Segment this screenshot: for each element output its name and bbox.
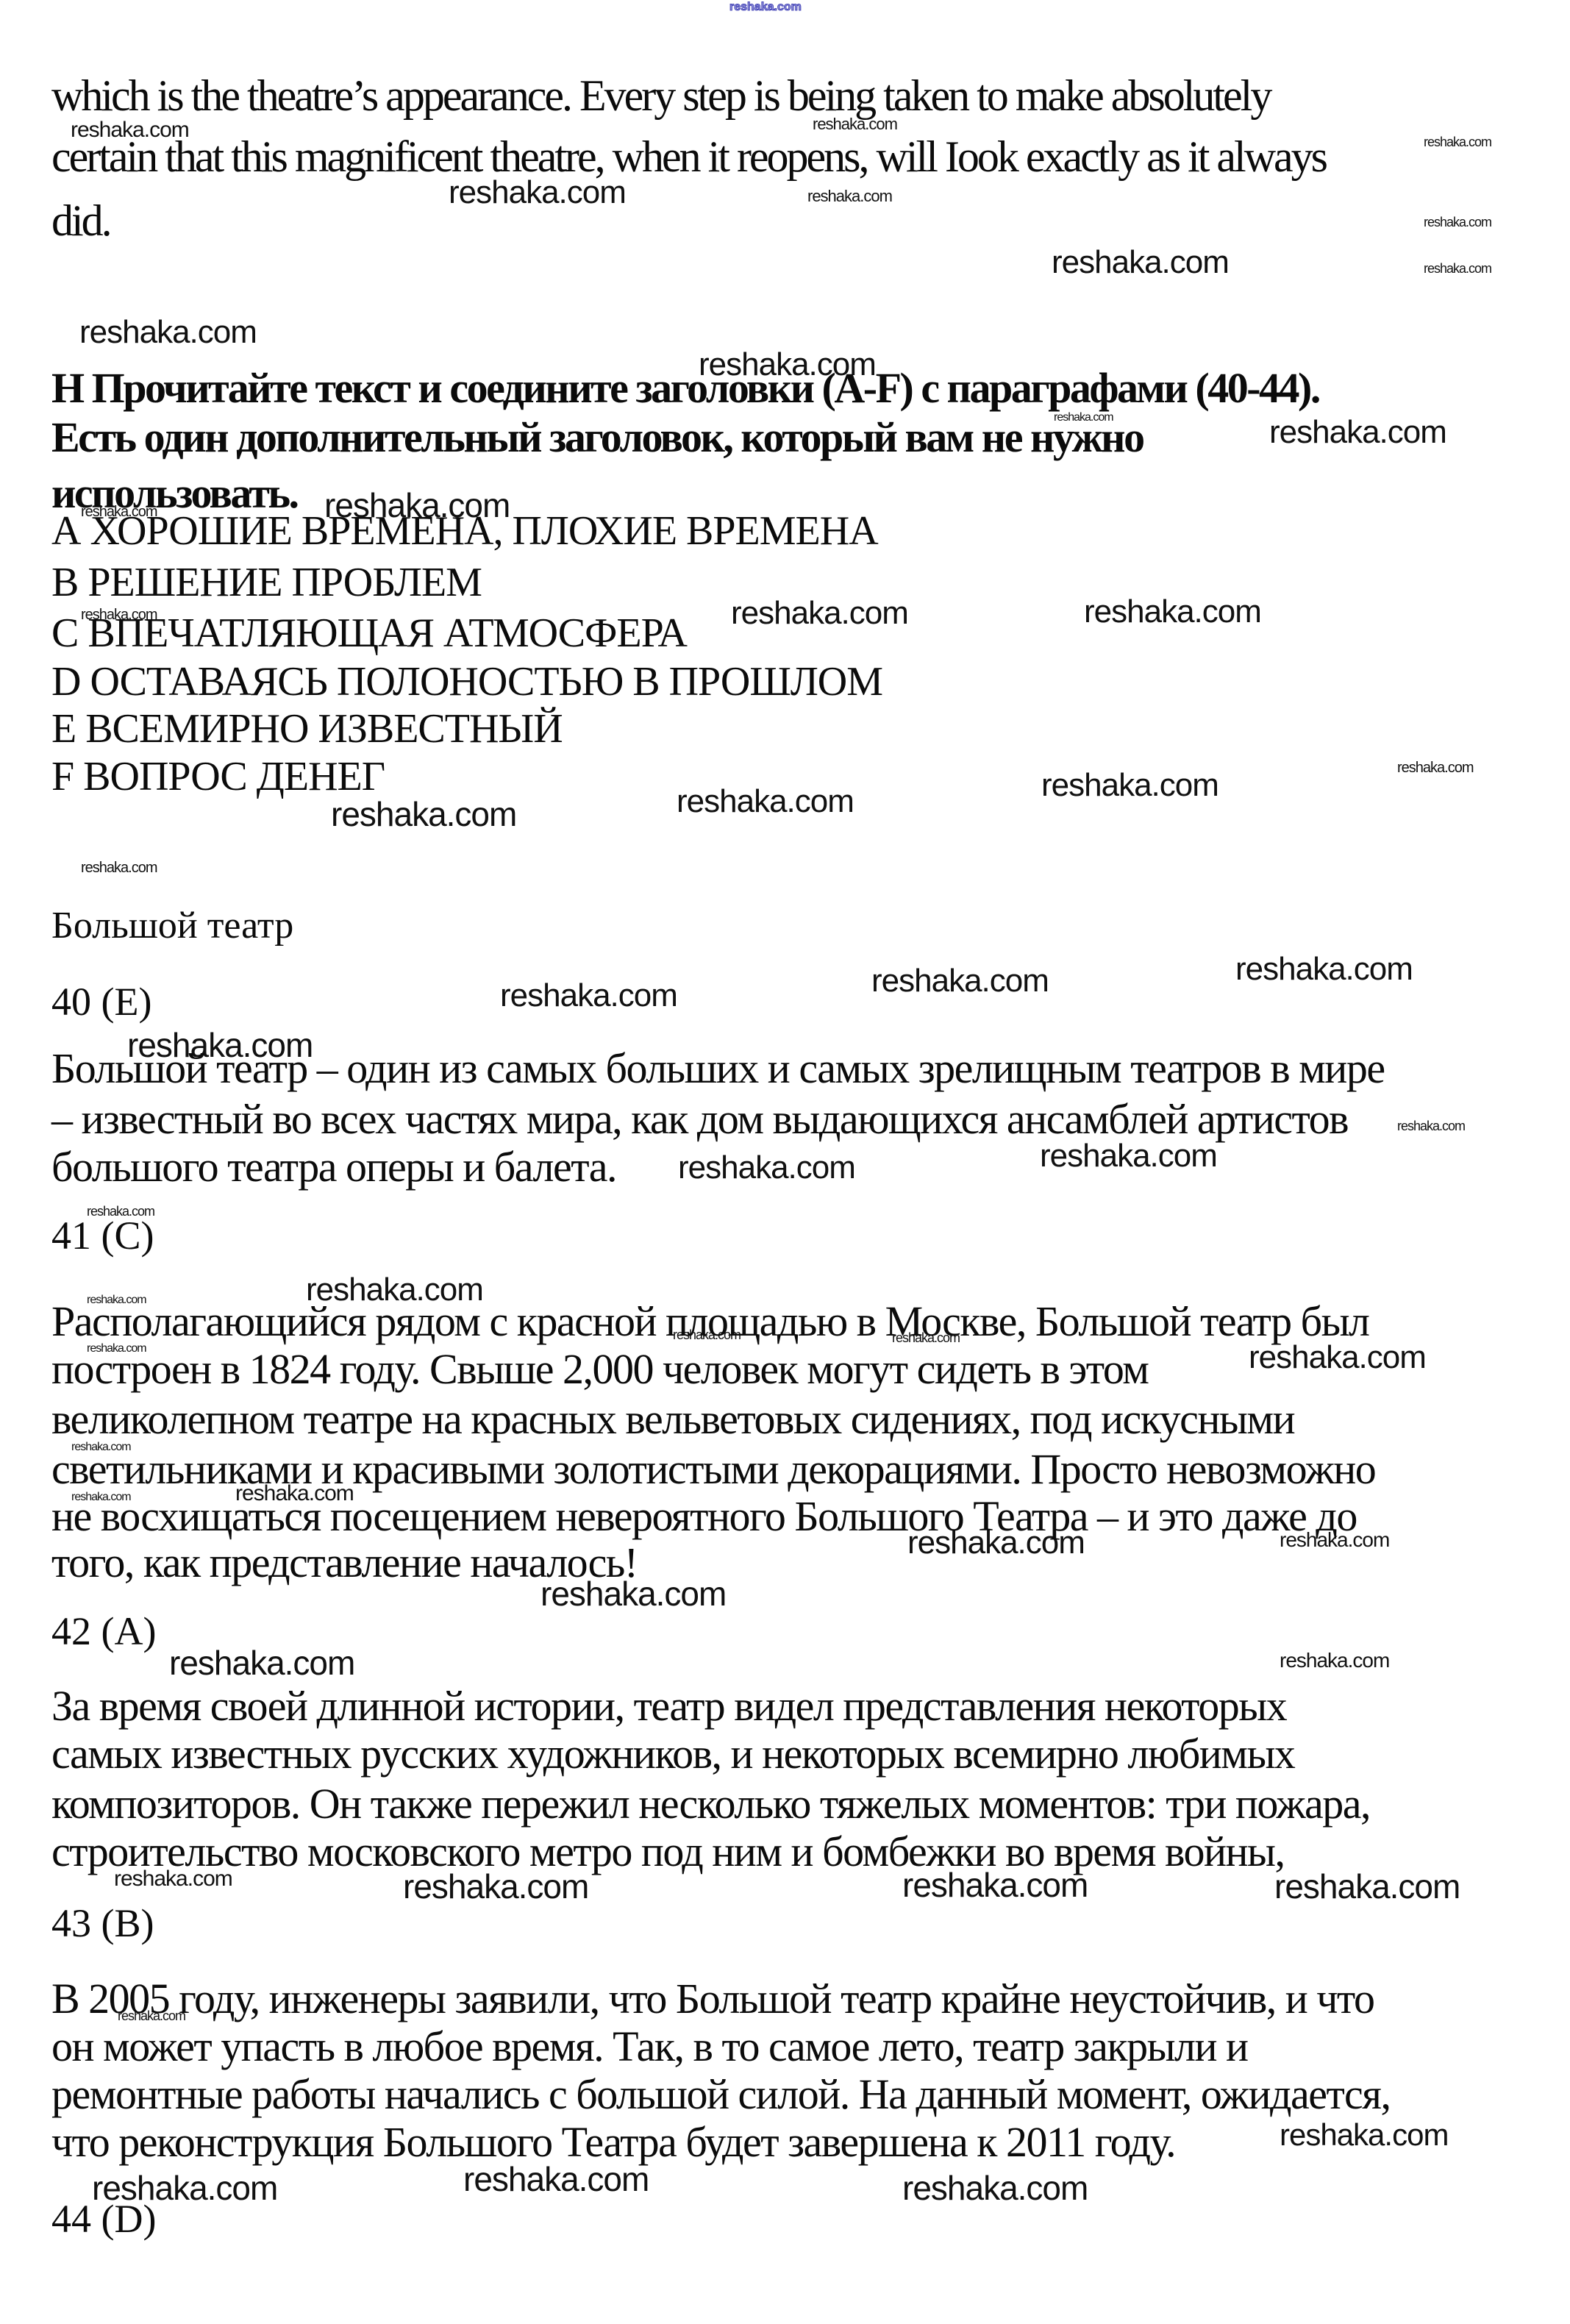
paragraph-line: не восхищаться посещением невероятного Б… bbox=[51, 1494, 1357, 1539]
heading-option-b: В РЕШЕНИЕ ПРОБЛЕМ bbox=[51, 561, 482, 605]
heading-option-c: С ВПЕЧАТЛЯЮЩАЯ АТМОСФЕРА bbox=[51, 612, 687, 655]
document-page: reshaka.comreshaka.comreshaka.comreshaka… bbox=[0, 0, 1570, 2324]
watermark: reshaka.com bbox=[169, 1646, 354, 1680]
section-label-40: 40 (E) bbox=[51, 981, 151, 1023]
paragraph-line: построен в 1824 году. Свыше 2,000 челове… bbox=[51, 1347, 1148, 1392]
watermark: reshaka.com bbox=[1269, 416, 1446, 449]
watermark: reshaka.com bbox=[1280, 1650, 1389, 1671]
heading-option-e: Е ВСЕМИРНО ИЗВЕСТНЫЙ bbox=[51, 707, 563, 751]
paragraph-line: того, как представление началось! bbox=[51, 1541, 638, 1586]
paragraph-line: Большой театр – один из самых больших и … bbox=[51, 1047, 1385, 1091]
watermark: reshaka.com bbox=[678, 1152, 855, 1184]
watermark: reshaka.com bbox=[1424, 262, 1491, 275]
paragraph-line: он может упасть в любое время. Так, в то… bbox=[51, 2025, 1248, 2070]
heading-option-a: А ХОРОШИЕ ВРЕМЕНА, ПЛОХИЕ ВРЕМЕНА bbox=[51, 510, 878, 553]
watermark: reshaka.com bbox=[1235, 953, 1413, 985]
watermark: reshaka.com bbox=[1041, 769, 1218, 802]
english-line: which is the theatre’s appearance. Every… bbox=[51, 73, 1270, 119]
watermark: reshaka.com bbox=[902, 2171, 1088, 2205]
watermark: reshaka.com bbox=[1424, 135, 1491, 149]
section-label-41: 41 (C) bbox=[51, 1215, 154, 1257]
section-label-42: 42 (A) bbox=[51, 1611, 156, 1653]
watermark: reshaka.com bbox=[807, 188, 892, 204]
watermark: reshaka.com bbox=[1397, 760, 1474, 775]
watermark: reshaka.com bbox=[1040, 1140, 1217, 1172]
watermark: reshaka.com bbox=[331, 797, 516, 831]
paragraph-line: композиторов. Он также пережил несколько… bbox=[51, 1782, 1370, 1827]
english-line: certain that this magnificent theatre, w… bbox=[51, 134, 1326, 180]
paragraph-line: светильниками и красивыми золотистыми де… bbox=[51, 1447, 1375, 1492]
paragraph-line: самых известных русских художников, и не… bbox=[51, 1732, 1294, 1777]
paragraph-line: ремонтные работы начались с большой сило… bbox=[51, 2072, 1390, 2117]
watermark-blue: reshaka.com bbox=[729, 1, 802, 13]
heading-option-f: F ВОПРОС ДЕНЕГ bbox=[51, 755, 385, 799]
watermark: reshaka.com bbox=[1052, 246, 1229, 279]
watermark: reshaka.com bbox=[1274, 1869, 1460, 1903]
paragraph-line: Располагающийся рядом с красной площадью… bbox=[51, 1300, 1369, 1344]
section-label-44: 44 (D) bbox=[51, 2198, 156, 2240]
heading-option-d: D ОСТАВАЯСЬ ПОЛОНОСТЬЮ В ПРОШЛОМ bbox=[51, 660, 882, 704]
watermark: reshaka.com bbox=[1280, 2120, 1448, 2150]
watermark: reshaka.com bbox=[871, 965, 1049, 997]
paragraph-line: большого театра оперы и балета. bbox=[51, 1145, 616, 1190]
paragraph-line: – известный во всех частях мира, как дом… bbox=[51, 1097, 1348, 1142]
watermark: reshaka.com bbox=[1084, 596, 1261, 628]
paragraph-line: великолепном театре на красных вельветов… bbox=[51, 1397, 1294, 1442]
task-heading-line: Есть один дополнительный заголовок, кото… bbox=[51, 416, 1143, 460]
english-line: did. bbox=[51, 198, 110, 244]
watermark: reshaka.com bbox=[1249, 1341, 1426, 1374]
watermark: reshaka.com bbox=[1424, 215, 1491, 229]
paragraph-line: строительство московского метро под ним … bbox=[51, 1830, 1285, 1875]
task-heading-line: Н Прочитайте текст и соедините заголовки… bbox=[51, 366, 1319, 411]
watermark: reshaka.com bbox=[449, 177, 626, 209]
watermark: reshaka.com bbox=[677, 785, 854, 818]
watermark: reshaka.com bbox=[1397, 1119, 1465, 1133]
section-label-43: 43 (B) bbox=[51, 1903, 154, 1945]
watermark: reshaka.com bbox=[731, 597, 908, 630]
watermark: reshaka.com bbox=[500, 980, 677, 1012]
paragraph-line: За время своей длинной истории, театр ви… bbox=[51, 1684, 1286, 1729]
paragraph-line: В 2005 году, инженеры заявили, что Больш… bbox=[51, 1977, 1374, 2022]
article-title: Большой театр bbox=[51, 906, 293, 947]
watermark: reshaka.com bbox=[81, 860, 157, 875]
paragraph-line: что реконструкция Большого Театра будет … bbox=[51, 2120, 1175, 2165]
watermark: reshaka.com bbox=[79, 316, 257, 349]
watermark: reshaka.com bbox=[463, 2162, 649, 2196]
